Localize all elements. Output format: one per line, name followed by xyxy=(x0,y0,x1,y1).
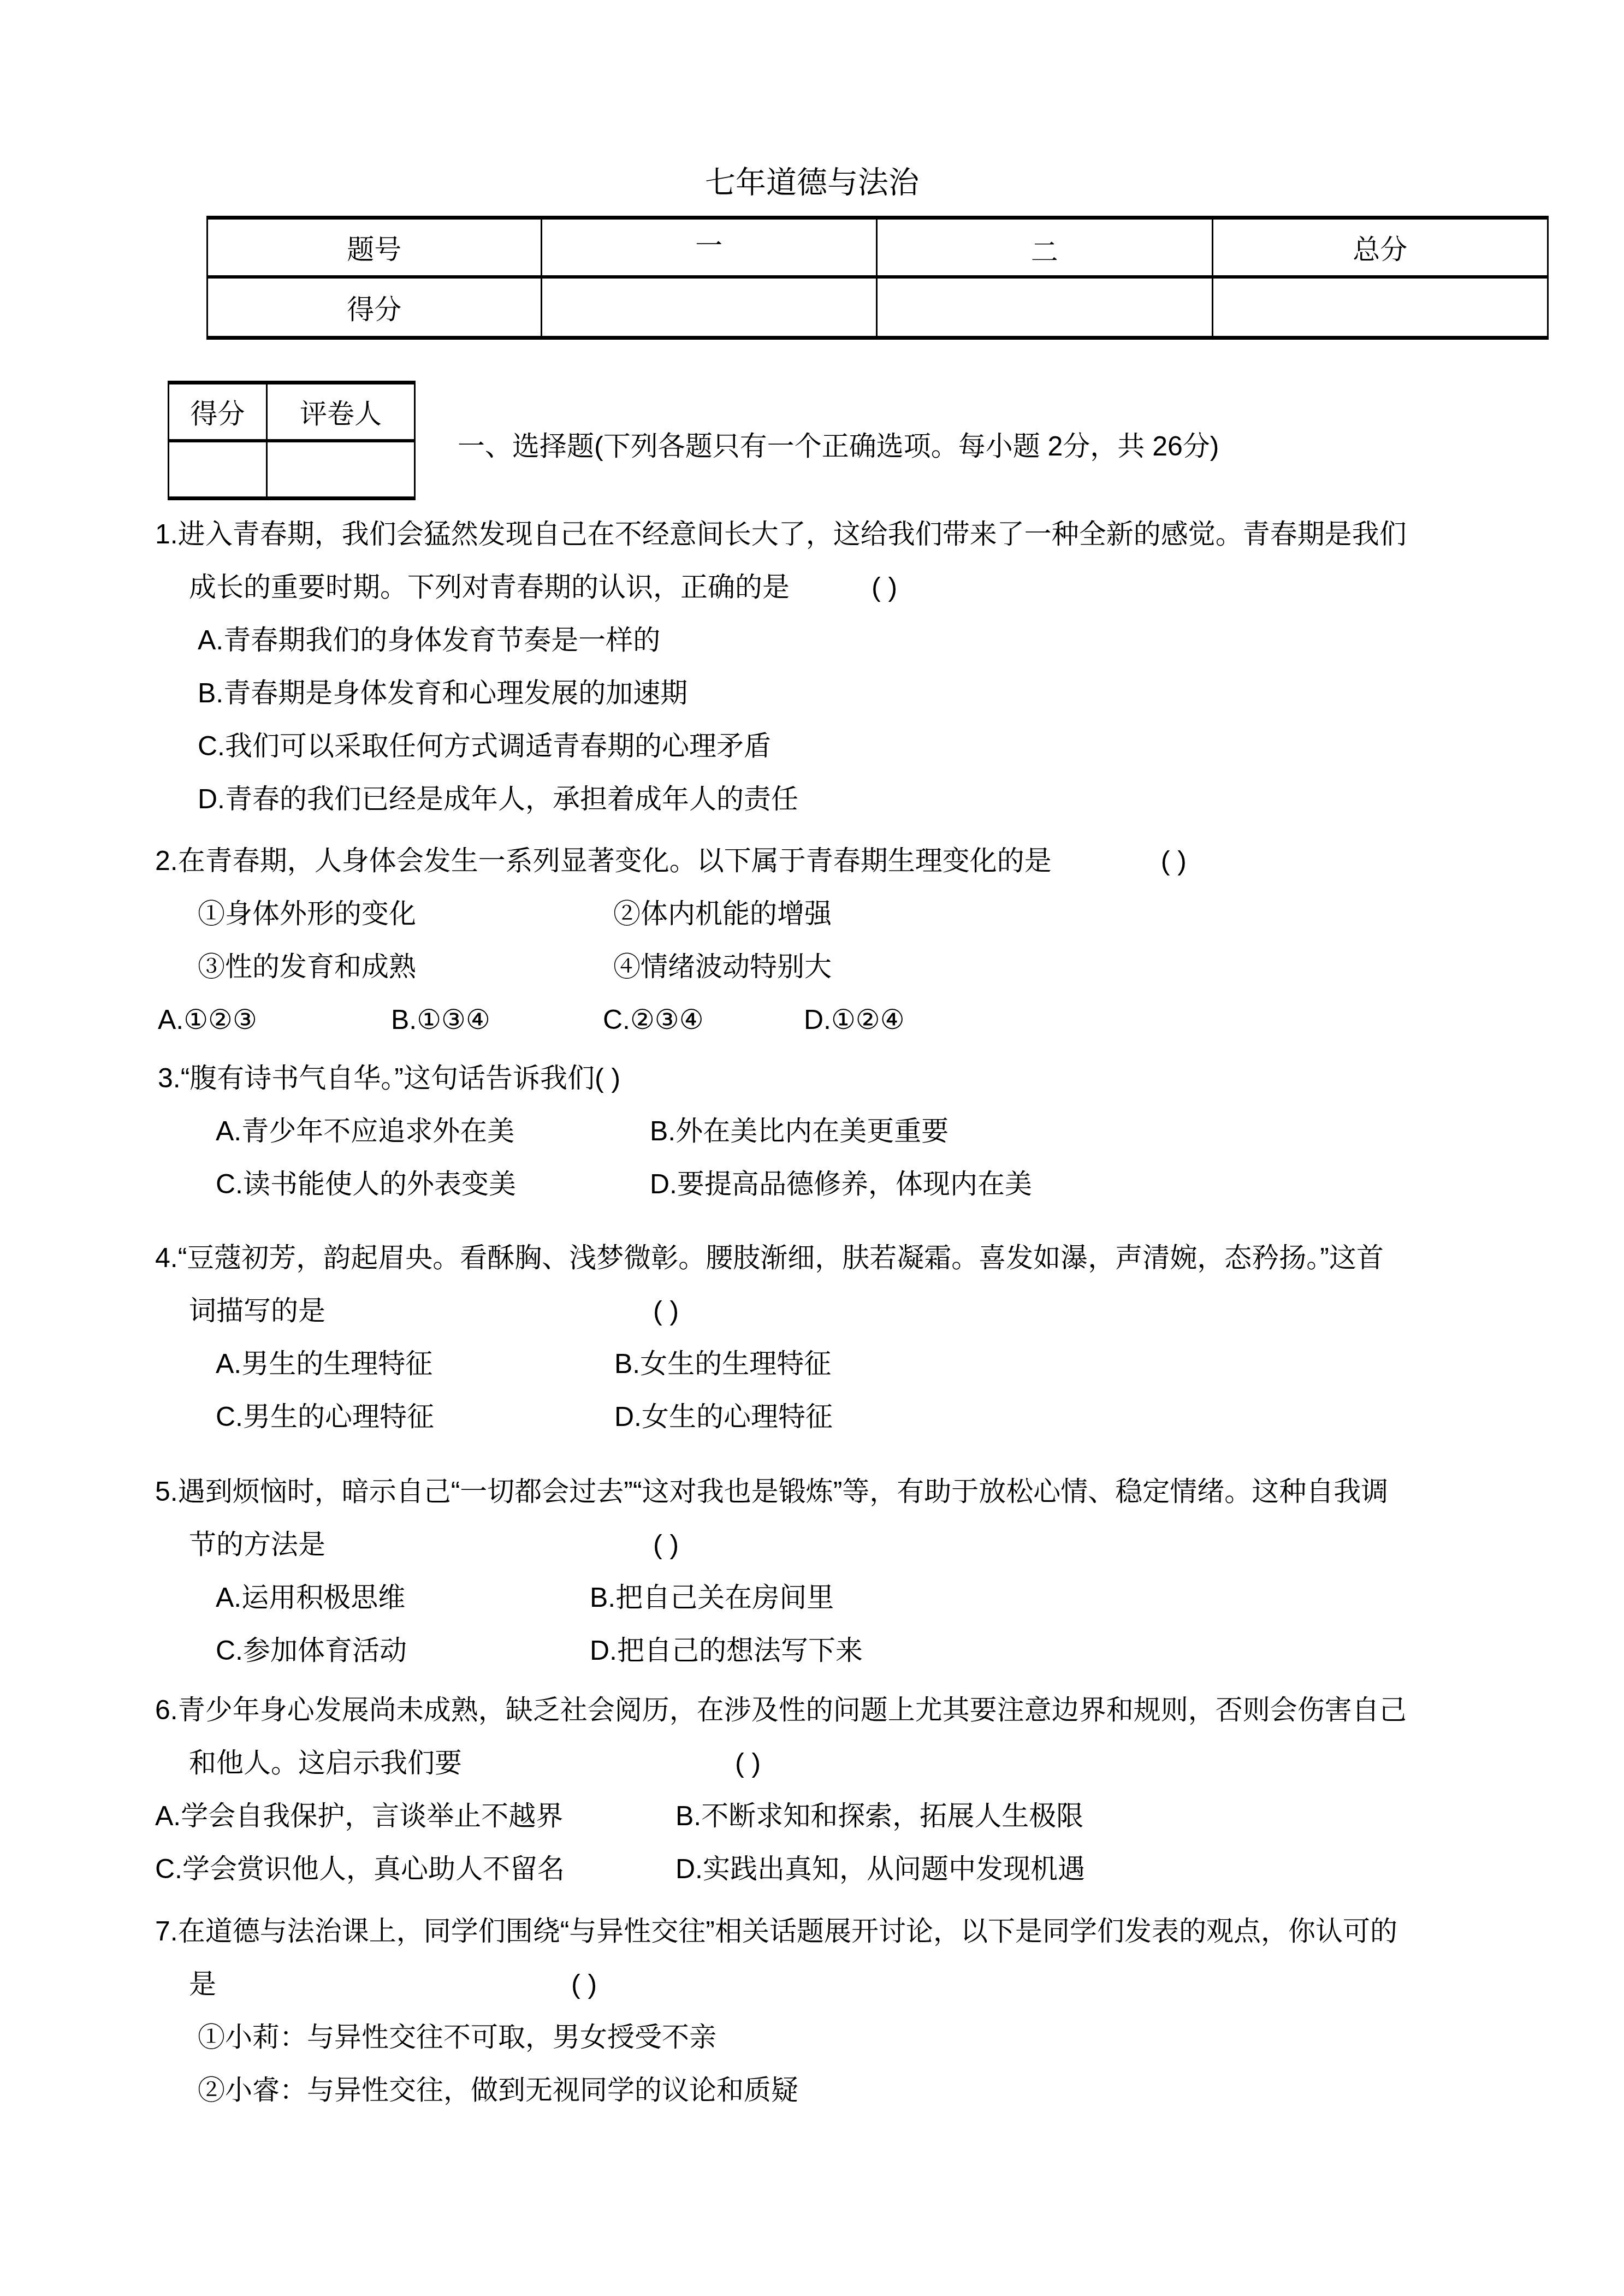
exam-page: 七年道德与法治 题号 一 二 总分 得分 得分 评卷人 一、选择题(下列各题只有… xyxy=(0,0,1624,2296)
question-6-option-b: B.不断求知和探索，拓展人生极限 xyxy=(675,1790,1083,1843)
question-2-item-2: ②体内机能的增强 xyxy=(613,887,832,940)
question-6-option-a: A.学会自我保护，言谈举止不越界 xyxy=(155,1790,563,1843)
question-1: 1.进入青春期，我们会猛然发现自己在不经意间长大了，这给我们带来了一种全新的感觉… xyxy=(0,508,1624,826)
question-3-stem: 3.“腹有诗书气自华。”这句话告诉我们( ) xyxy=(158,1052,620,1105)
question-6-options-row-1: A.学会自我保护，言谈举止不越界 B.不断求知和探索，拓展人生极限 xyxy=(0,1790,1624,1843)
question-3-option-a: A.青少年不应追求外在美 xyxy=(216,1105,514,1158)
score-table-header-section-1: 一 xyxy=(542,220,878,279)
question-5-stem-line-1: 5.遇到烦恼时，暗示自己“一切都会过去”“这对我也是锻炼”等，有助于放松心情、稳… xyxy=(155,1465,1388,1518)
question-5-stem-line-1-row: 5.遇到烦恼时，暗示自己“一切都会过去”“这对我也是锻炼”等，有助于放松心情、稳… xyxy=(0,1465,1624,1518)
question-1-option-c-row: C.我们可以采取任何方式调适青春期的心理矛盾 xyxy=(0,720,1624,773)
question-6-options-row-2: C.学会赏识他人，真心助人不留名 D.实践出真知，从问题中发现机遇 xyxy=(0,1843,1624,1896)
question-6-stem-line-1-row: 6.青少年身心发展尚未成熟，缺乏社会阅历，在涉及性的问题上尤其要注意边界和规则，… xyxy=(0,1684,1624,1737)
question-3-option-d: D.要提高品德修养，体现内在美 xyxy=(650,1158,1032,1211)
score-table-header-label: 题号 xyxy=(206,220,542,279)
question-2-stem-row: 2.在青春期，人身体会发生一系列显著变化。以下属于青春期生理变化的是 ( ) xyxy=(0,835,1624,887)
question-2-item-3: ③性的发育和成熟 xyxy=(198,940,416,993)
score-table-header-total: 总分 xyxy=(1213,220,1549,279)
question-2-stem: 2.在青春期，人身体会发生一系列显著变化。以下属于青春期生理变化的是 ( ) xyxy=(155,835,1187,887)
question-4-option-b: B.女生的生理特征 xyxy=(614,1338,831,1390)
question-7-item-2-row: ②小睿：与异性交往，做到无视同学的议论和质疑 xyxy=(0,2064,1624,2117)
question-5-option-c: C.参加体育活动 xyxy=(216,1624,407,1677)
grader-box-grader-cell xyxy=(268,442,416,496)
question-1-stem-line-1-row: 1.进入青春期，我们会猛然发现自己在不经意间长大了，这给我们带来了一种全新的感觉… xyxy=(0,508,1624,561)
question-3-options-row-2: C.读书能使人的外表变美 D.要提高品德修养，体现内在美 xyxy=(0,1158,1624,1211)
question-2-option-c: C.②③④ xyxy=(603,993,703,1046)
question-4-stem-line-2: 词描写的是 ( ) xyxy=(189,1285,679,1338)
question-1-option-a: A.青春期我们的身体发育节奏是一样的 xyxy=(198,614,660,667)
question-2-item-4: ④情绪波动特别大 xyxy=(613,940,832,993)
question-6: 6.青少年身心发展尚未成熟，缺乏社会阅历，在涉及性的问题上尤其要注意边界和规则，… xyxy=(0,1684,1624,1896)
score-table-score-cell-1 xyxy=(542,279,878,336)
question-7-item-1: ①小莉：与异性交往不可取，男女授受不亲 xyxy=(198,2011,716,2064)
grader-box-score-label: 得分 xyxy=(168,384,268,442)
question-2-option-a: A.①②③ xyxy=(158,993,257,1046)
question-7-stem-line-1-row: 7.在道德与法治课上，同学们围绕“与异性交往”相关话题展开讨论，以下是同学们发表… xyxy=(0,1905,1624,1958)
question-2: 2.在青春期，人身体会发生一系列显著变化。以下属于青春期生理变化的是 ( ) ①… xyxy=(0,835,1624,1046)
question-4-options-row-2: C.男生的心理特征 D.女生的心理特征 xyxy=(0,1390,1624,1443)
question-5-option-b: B.把自己关在房间里 xyxy=(590,1571,834,1624)
question-2-option-d: D.①②④ xyxy=(804,993,904,1046)
question-7: 7.在道德与法治课上，同学们围绕“与异性交往”相关话题展开讨论，以下是同学们发表… xyxy=(0,1905,1624,2117)
question-2-items-row-2: ③性的发育和成熟 ④情绪波动特别大 xyxy=(0,940,1624,993)
section-1-heading: 一、选择题(下列各题只有一个正确选项。每小题 2分，共 26分) xyxy=(458,420,1219,473)
question-6-option-d: D.实践出真知，从问题中发现机遇 xyxy=(675,1843,1085,1896)
question-2-option-b: B.①③④ xyxy=(391,993,490,1046)
question-5-stem-line-2: 节的方法是 ( ) xyxy=(189,1518,679,1571)
question-3-stem-row: 3.“腹有诗书气自华。”这句话告诉我们( ) xyxy=(0,1052,1624,1105)
question-3-option-b: B.外在美比内在美更重要 xyxy=(650,1105,949,1158)
question-1-option-a-row: A.青春期我们的身体发育节奏是一样的 xyxy=(0,614,1624,667)
score-table-score-label: 得分 xyxy=(206,279,542,336)
question-7-item-1-row: ①小莉：与异性交往不可取，男女授受不亲 xyxy=(0,2011,1624,2064)
question-7-stem-line-2-row: 是 ( ) xyxy=(0,1958,1624,2011)
question-1-stem-line-2-row: 成长的重要时期。下列对青春期的认识，正确的是 ( ) xyxy=(0,561,1624,614)
grader-box-score-cell xyxy=(168,442,268,496)
question-4-option-a: A.男生的生理特征 xyxy=(216,1338,432,1390)
question-3-options-row-1: A.青少年不应追求外在美 B.外在美比内在美更重要 xyxy=(0,1105,1624,1158)
question-7-stem-line-2: 是 ( ) xyxy=(189,1958,597,2011)
question-2-items-row-1: ①身体外形的变化 ②体内机能的增强 xyxy=(0,887,1624,940)
score-table-score-cell-2 xyxy=(878,279,1213,336)
question-5-options-row-1: A.运用积极思维 B.把自己关在房间里 xyxy=(0,1571,1624,1624)
question-4-option-c: C.男生的心理特征 xyxy=(216,1390,434,1443)
question-3: 3.“腹有诗书气自华。”这句话告诉我们( ) A.青少年不应追求外在美 B.外在… xyxy=(0,1052,1624,1211)
question-5-option-d: D.把自己的想法写下来 xyxy=(590,1624,863,1677)
question-1-stem-line-1: 1.进入青春期，我们会猛然发现自己在不经意间长大了，这给我们带来了一种全新的感觉… xyxy=(155,508,1407,561)
score-table: 题号 一 二 总分 得分 xyxy=(206,216,1549,340)
question-5-stem-line-2-row: 节的方法是 ( ) xyxy=(0,1518,1624,1571)
question-4-stem-line-1-row: 4.“豆蔻初芳，韵起眉央。看酥胸、浅梦微彰。腰肢渐细，肤若凝霜。喜发如瀑，声清婉… xyxy=(0,1232,1624,1285)
question-6-stem-line-2: 和他人。这启示我们要 ( ) xyxy=(189,1737,761,1790)
grader-box-grader-label: 评卷人 xyxy=(268,384,416,442)
question-1-option-d: D.青春的我们已经是成年人，承担着成年人的责任 xyxy=(198,773,798,826)
question-1-option-b: B.青春期是身体发育和心理发展的加速期 xyxy=(198,667,687,720)
question-4-stem-line-1: 4.“豆蔻初芳，韵起眉央。看酥胸、浅梦微彰。腰肢渐细，肤若凝霜。喜发如瀑，声清婉… xyxy=(155,1232,1384,1285)
question-5: 5.遇到烦恼时，暗示自己“一切都会过去”“这对我也是锻炼”等，有助于放松心情、稳… xyxy=(0,1465,1624,1677)
question-6-option-c: C.学会赏识他人，真心助人不留名 xyxy=(155,1843,565,1896)
question-5-options-row-2: C.参加体育活动 D.把自己的想法写下来 xyxy=(0,1624,1624,1677)
question-3-option-c: C.读书能使人的外表变美 xyxy=(216,1158,516,1211)
score-table-score-cell-total xyxy=(1213,279,1549,336)
question-6-stem-line-2-row: 和他人。这启示我们要 ( ) xyxy=(0,1737,1624,1790)
question-6-stem-line-1: 6.青少年身心发展尚未成熟，缺乏社会阅历，在涉及性的问题上尤其要注意边界和规则，… xyxy=(155,1684,1407,1737)
question-5-option-a: A.运用积极思维 xyxy=(216,1571,405,1624)
question-1-stem-line-2: 成长的重要时期。下列对青春期的认识，正确的是 ( ) xyxy=(189,561,897,614)
question-1-option-c: C.我们可以采取任何方式调适青春期的心理矛盾 xyxy=(198,720,771,773)
question-1-option-d-row: D.青春的我们已经是成年人，承担着成年人的责任 xyxy=(0,773,1624,826)
page-title: 七年道德与法治 xyxy=(0,158,1624,202)
question-1-option-b-row: B.青春期是身体发育和心理发展的加速期 xyxy=(0,667,1624,720)
grader-box: 得分 评卷人 xyxy=(168,381,416,500)
question-7-stem-line-1: 7.在道德与法治课上，同学们围绕“与异性交往”相关话题展开讨论，以下是同学们发表… xyxy=(155,1905,1397,1958)
question-4-stem-line-2-row: 词描写的是 ( ) xyxy=(0,1285,1624,1338)
question-2-answers-row: A.①②③ B.①③④ C.②③④ D.①②④ xyxy=(0,993,1624,1046)
question-4: 4.“豆蔻初芳，韵起眉央。看酥胸、浅梦微彰。腰肢渐细，肤若凝霜。喜发如瀑，声清婉… xyxy=(0,1232,1624,1443)
question-4-option-d: D.女生的心理特征 xyxy=(614,1390,833,1443)
score-table-header-section-2: 二 xyxy=(878,220,1213,279)
question-4-options-row-1: A.男生的生理特征 B.女生的生理特征 xyxy=(0,1338,1624,1390)
question-7-item-2: ②小睿：与异性交往，做到无视同学的议论和质疑 xyxy=(198,2064,798,2117)
question-2-item-1: ①身体外形的变化 xyxy=(198,887,416,940)
